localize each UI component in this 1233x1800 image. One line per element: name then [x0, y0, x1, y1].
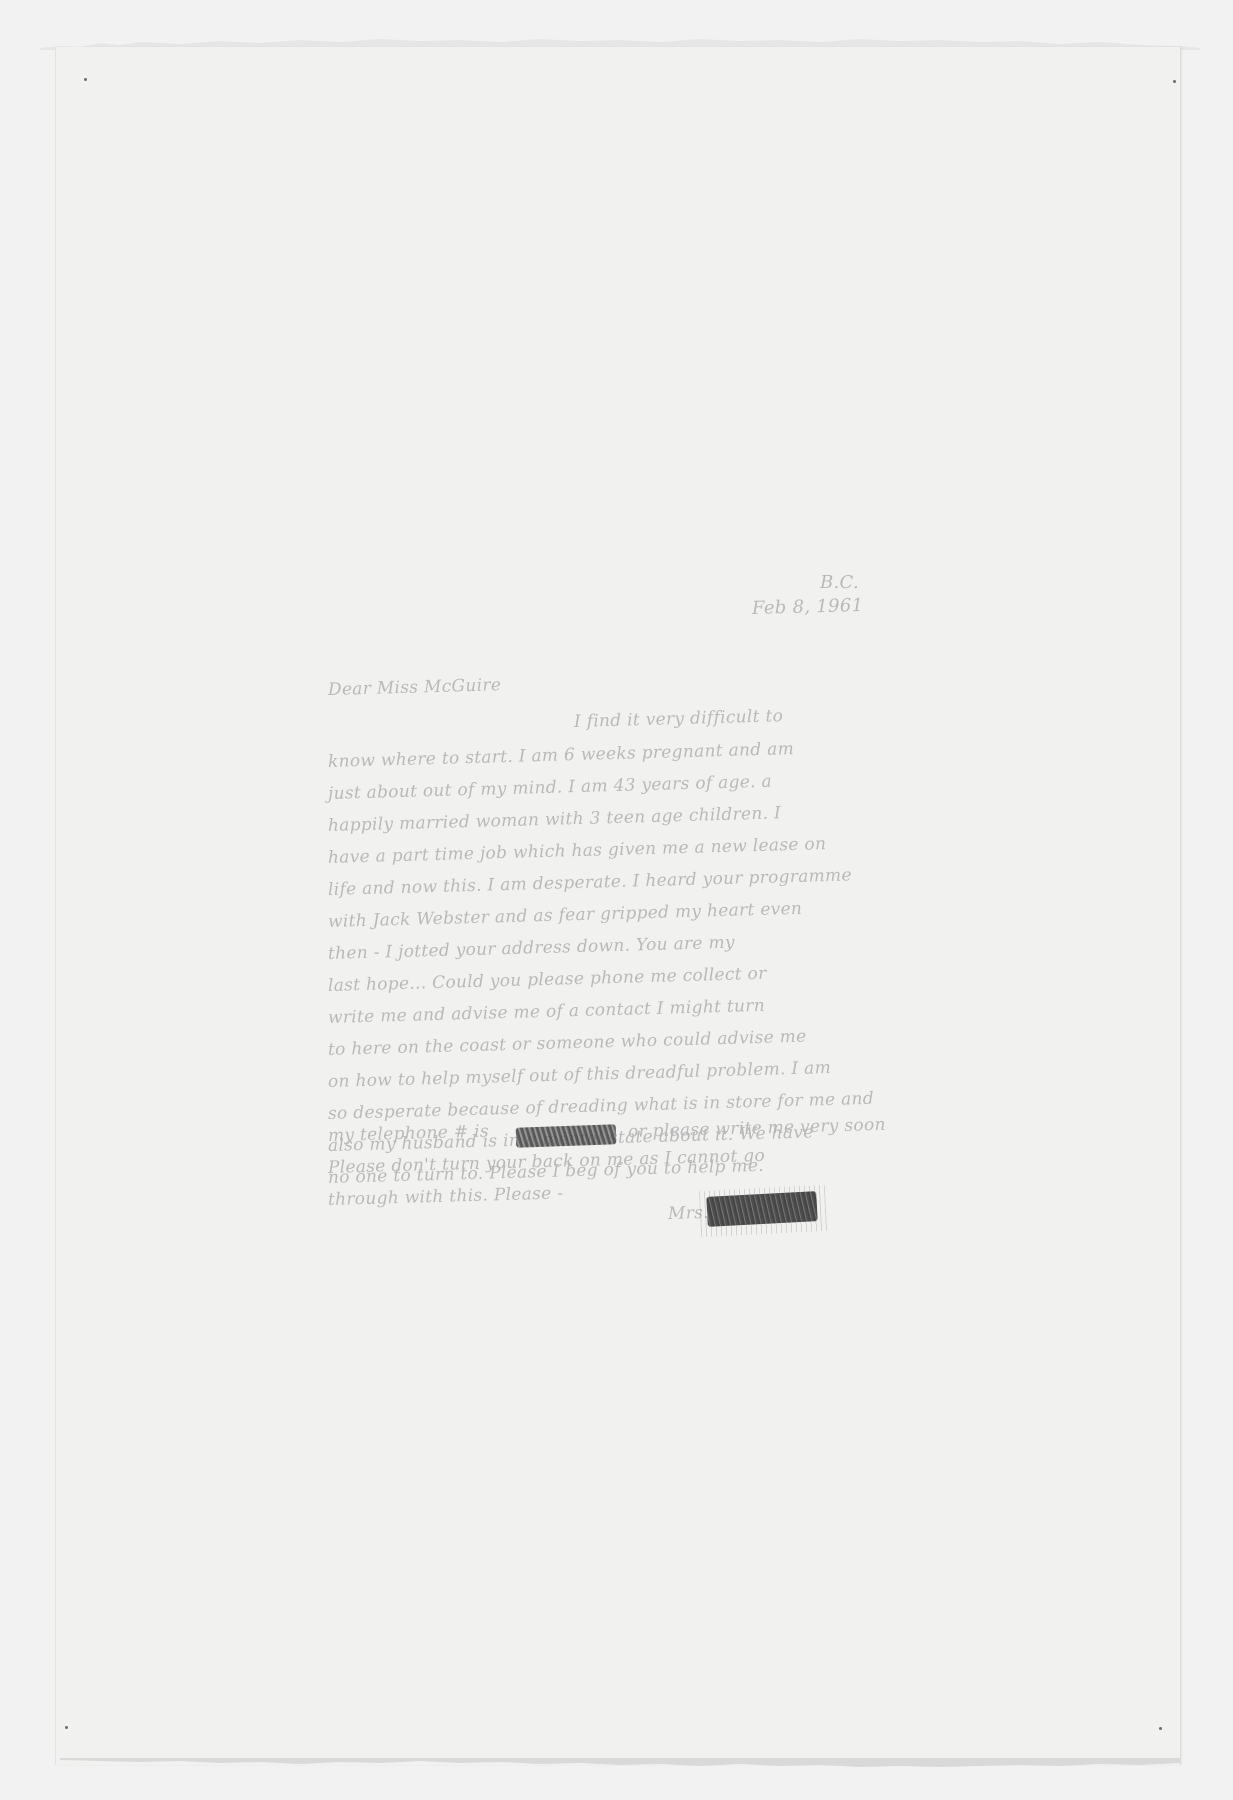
letter-location: B.C.: [820, 572, 859, 593]
pin-hole-bottom-right: [1159, 1727, 1162, 1730]
pin-hole-bottom-left: [65, 1726, 68, 1729]
deckle-edge-bottom: [40, 1758, 1200, 1772]
letter-date: Feb 8, 1961: [752, 595, 864, 619]
redacted-phone-number: [516, 1124, 617, 1147]
pin-hole-top-right: [1173, 80, 1176, 83]
redacted-signature: [706, 1191, 817, 1227]
scanned-page: B.C. Feb 8, 1961 Dear Miss McGuire I fin…: [0, 0, 1233, 1800]
pin-hole-top-left: [84, 78, 87, 81]
